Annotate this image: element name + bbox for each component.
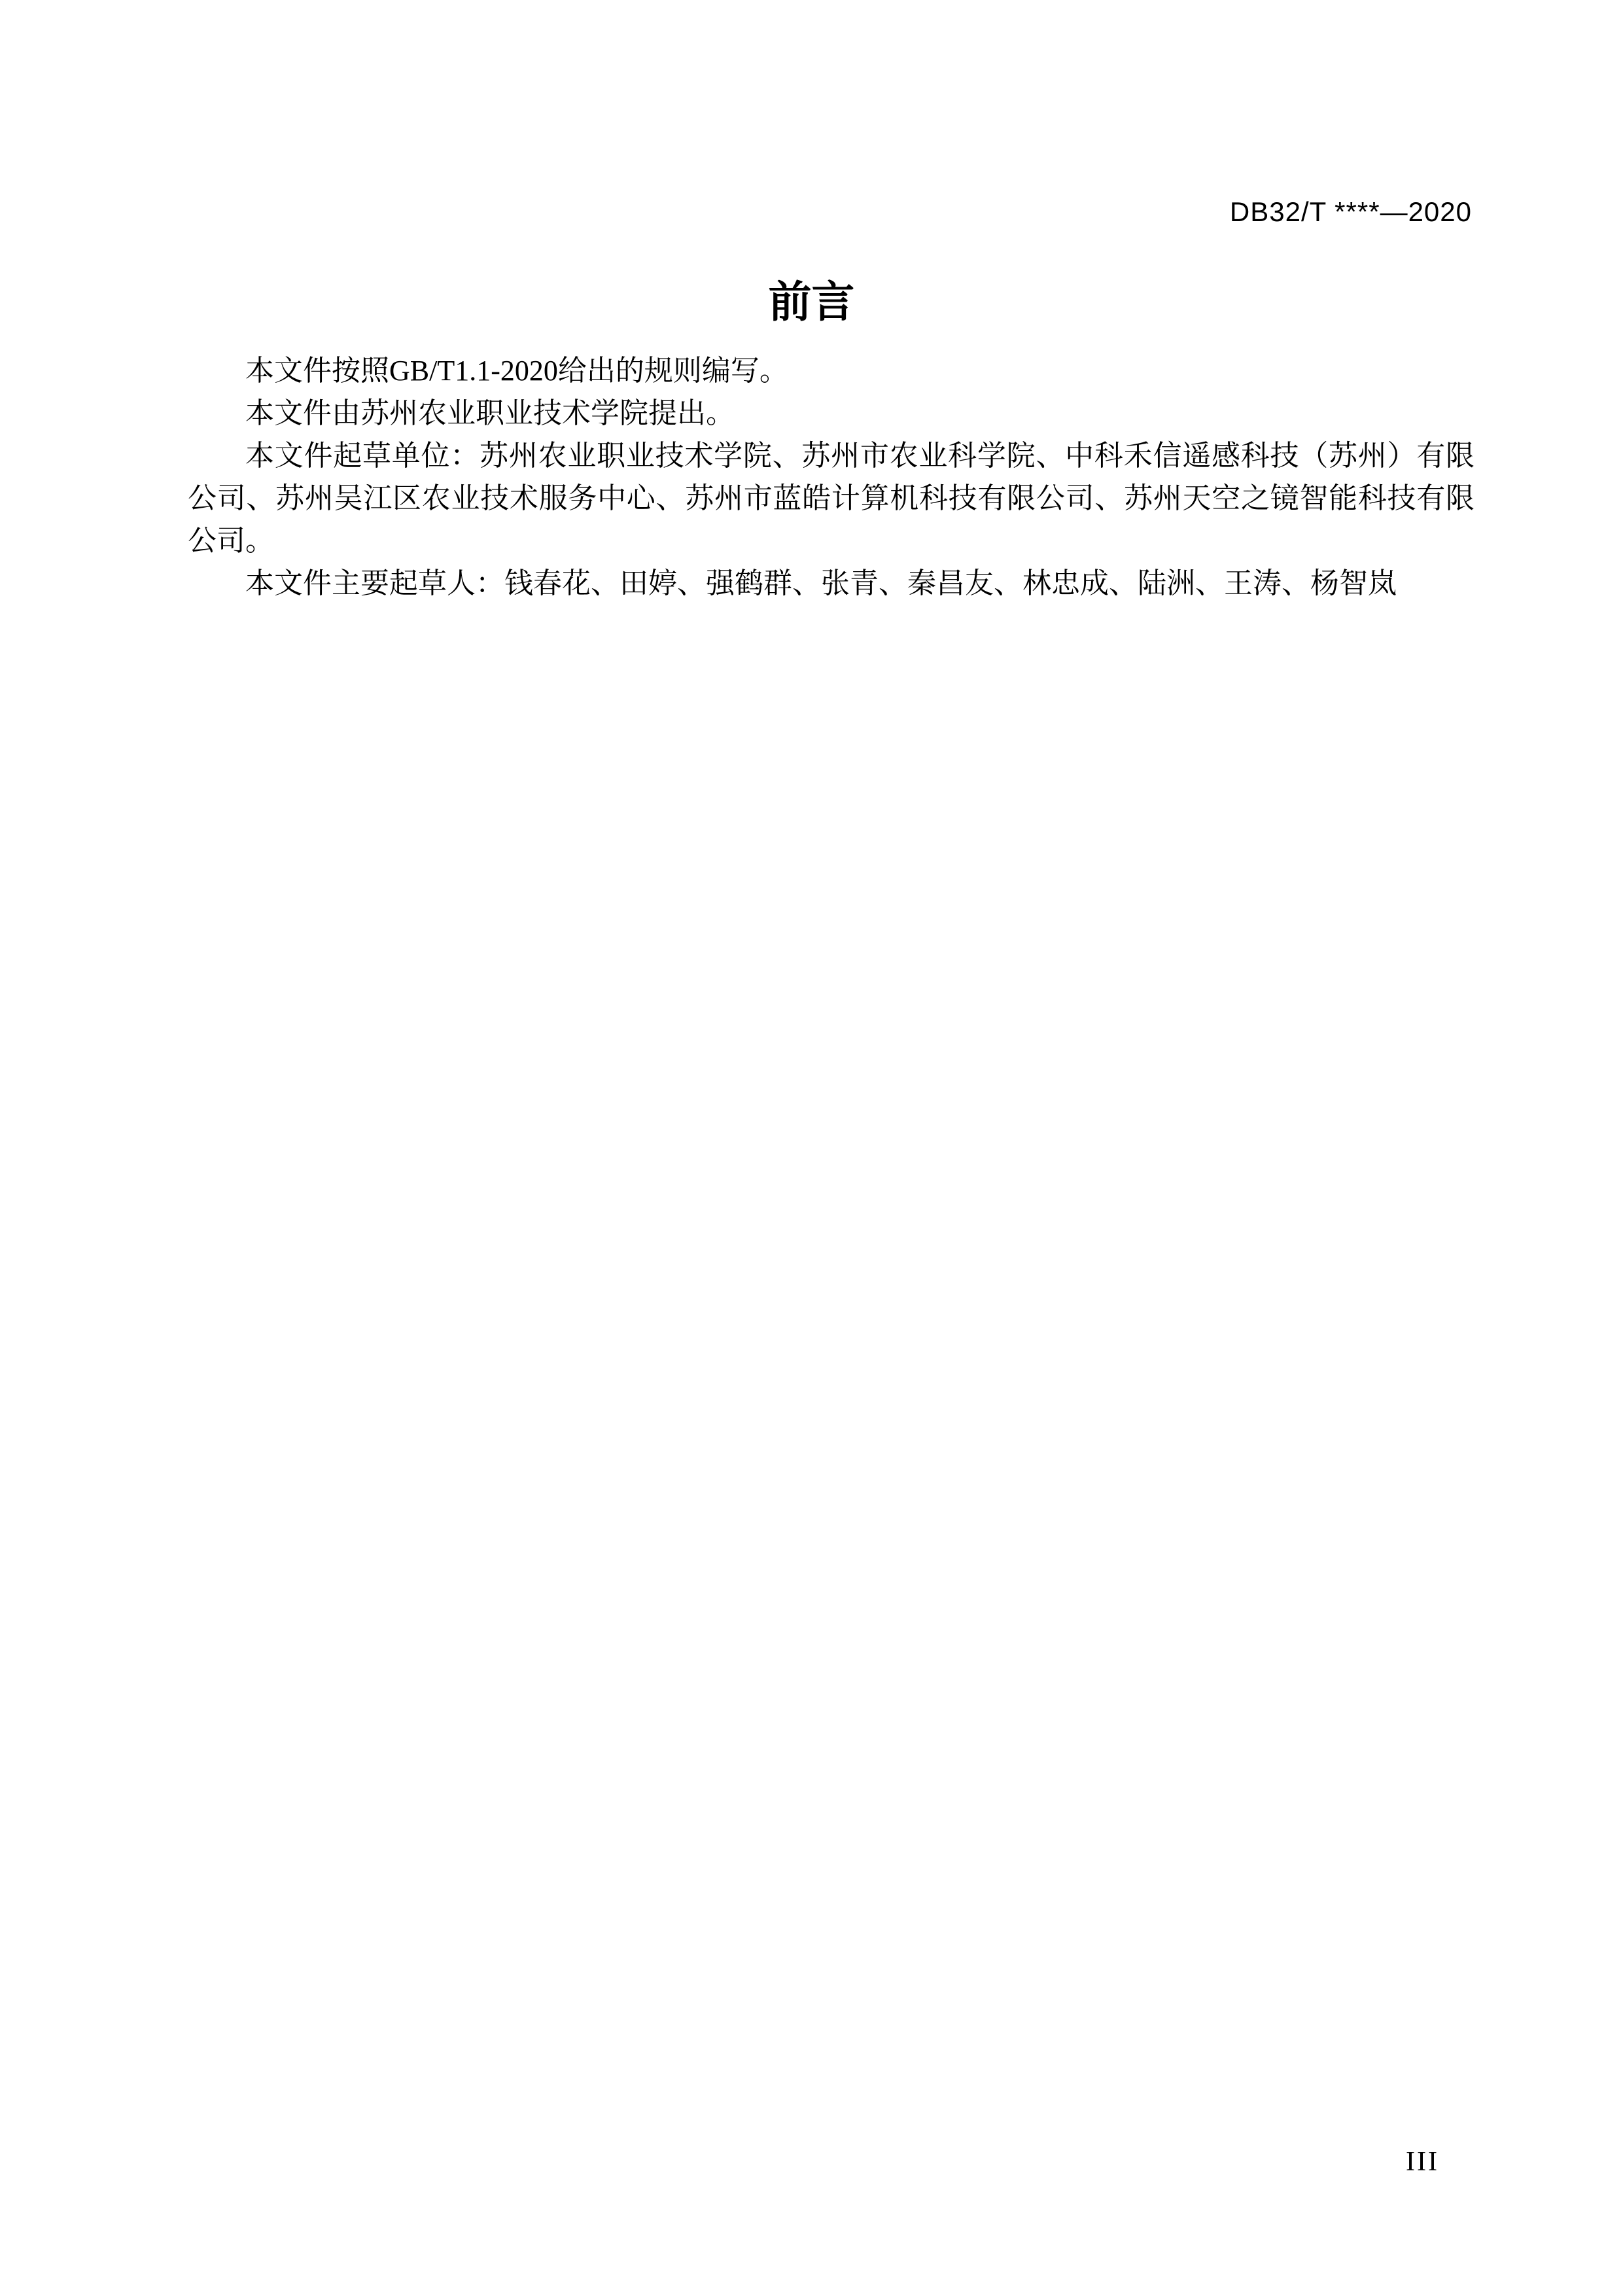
paragraph-drafting-rules: 本文件按照GB/T1.1-2020给出的规则编写。	[188, 349, 1475, 392]
paragraph-proposer: 本文件由苏州农业职业技术学院提出。	[188, 392, 1475, 434]
standard-number: DB32/T ****—2020	[1230, 196, 1472, 227]
document-body: 本文件按照GB/T1.1-2020给出的规则编写。 本文件由苏州农业职业技术学院…	[188, 349, 1475, 605]
paragraph-drafting-organizations: 本文件起草单位：苏州农业职业技术学院、苏州市农业科学院、中科禾信遥感科技（苏州）…	[188, 434, 1475, 562]
document-footer: III	[1406, 2147, 1439, 2176]
page-title: 前言	[0, 277, 1623, 326]
document-header: DB32/T ****—2020	[1230, 196, 1472, 228]
page-number: III	[1406, 2147, 1439, 2177]
paragraph-main-drafters: 本文件主要起草人：钱春花、田婷、强鹤群、张青、秦昌友、林忠成、陆洲、王涛、杨智岚	[188, 562, 1475, 605]
document-page: DB32/T ****—2020 前言 本文件按照GB/T1.1-2020给出的…	[0, 0, 1623, 2296]
